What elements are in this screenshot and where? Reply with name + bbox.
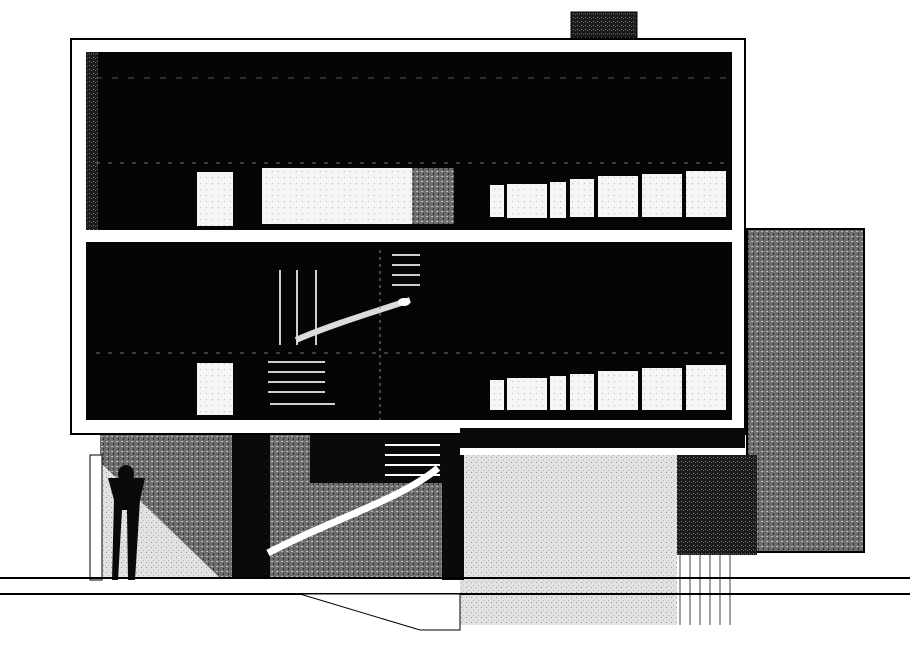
window — [197, 363, 233, 415]
window — [262, 168, 412, 224]
lower-floor-band — [86, 242, 732, 420]
ground-line — [0, 578, 910, 630]
chimney — [571, 12, 637, 38]
window — [197, 172, 233, 226]
elevation-drawing — [0, 0, 910, 651]
upper-floor-band — [86, 52, 732, 230]
